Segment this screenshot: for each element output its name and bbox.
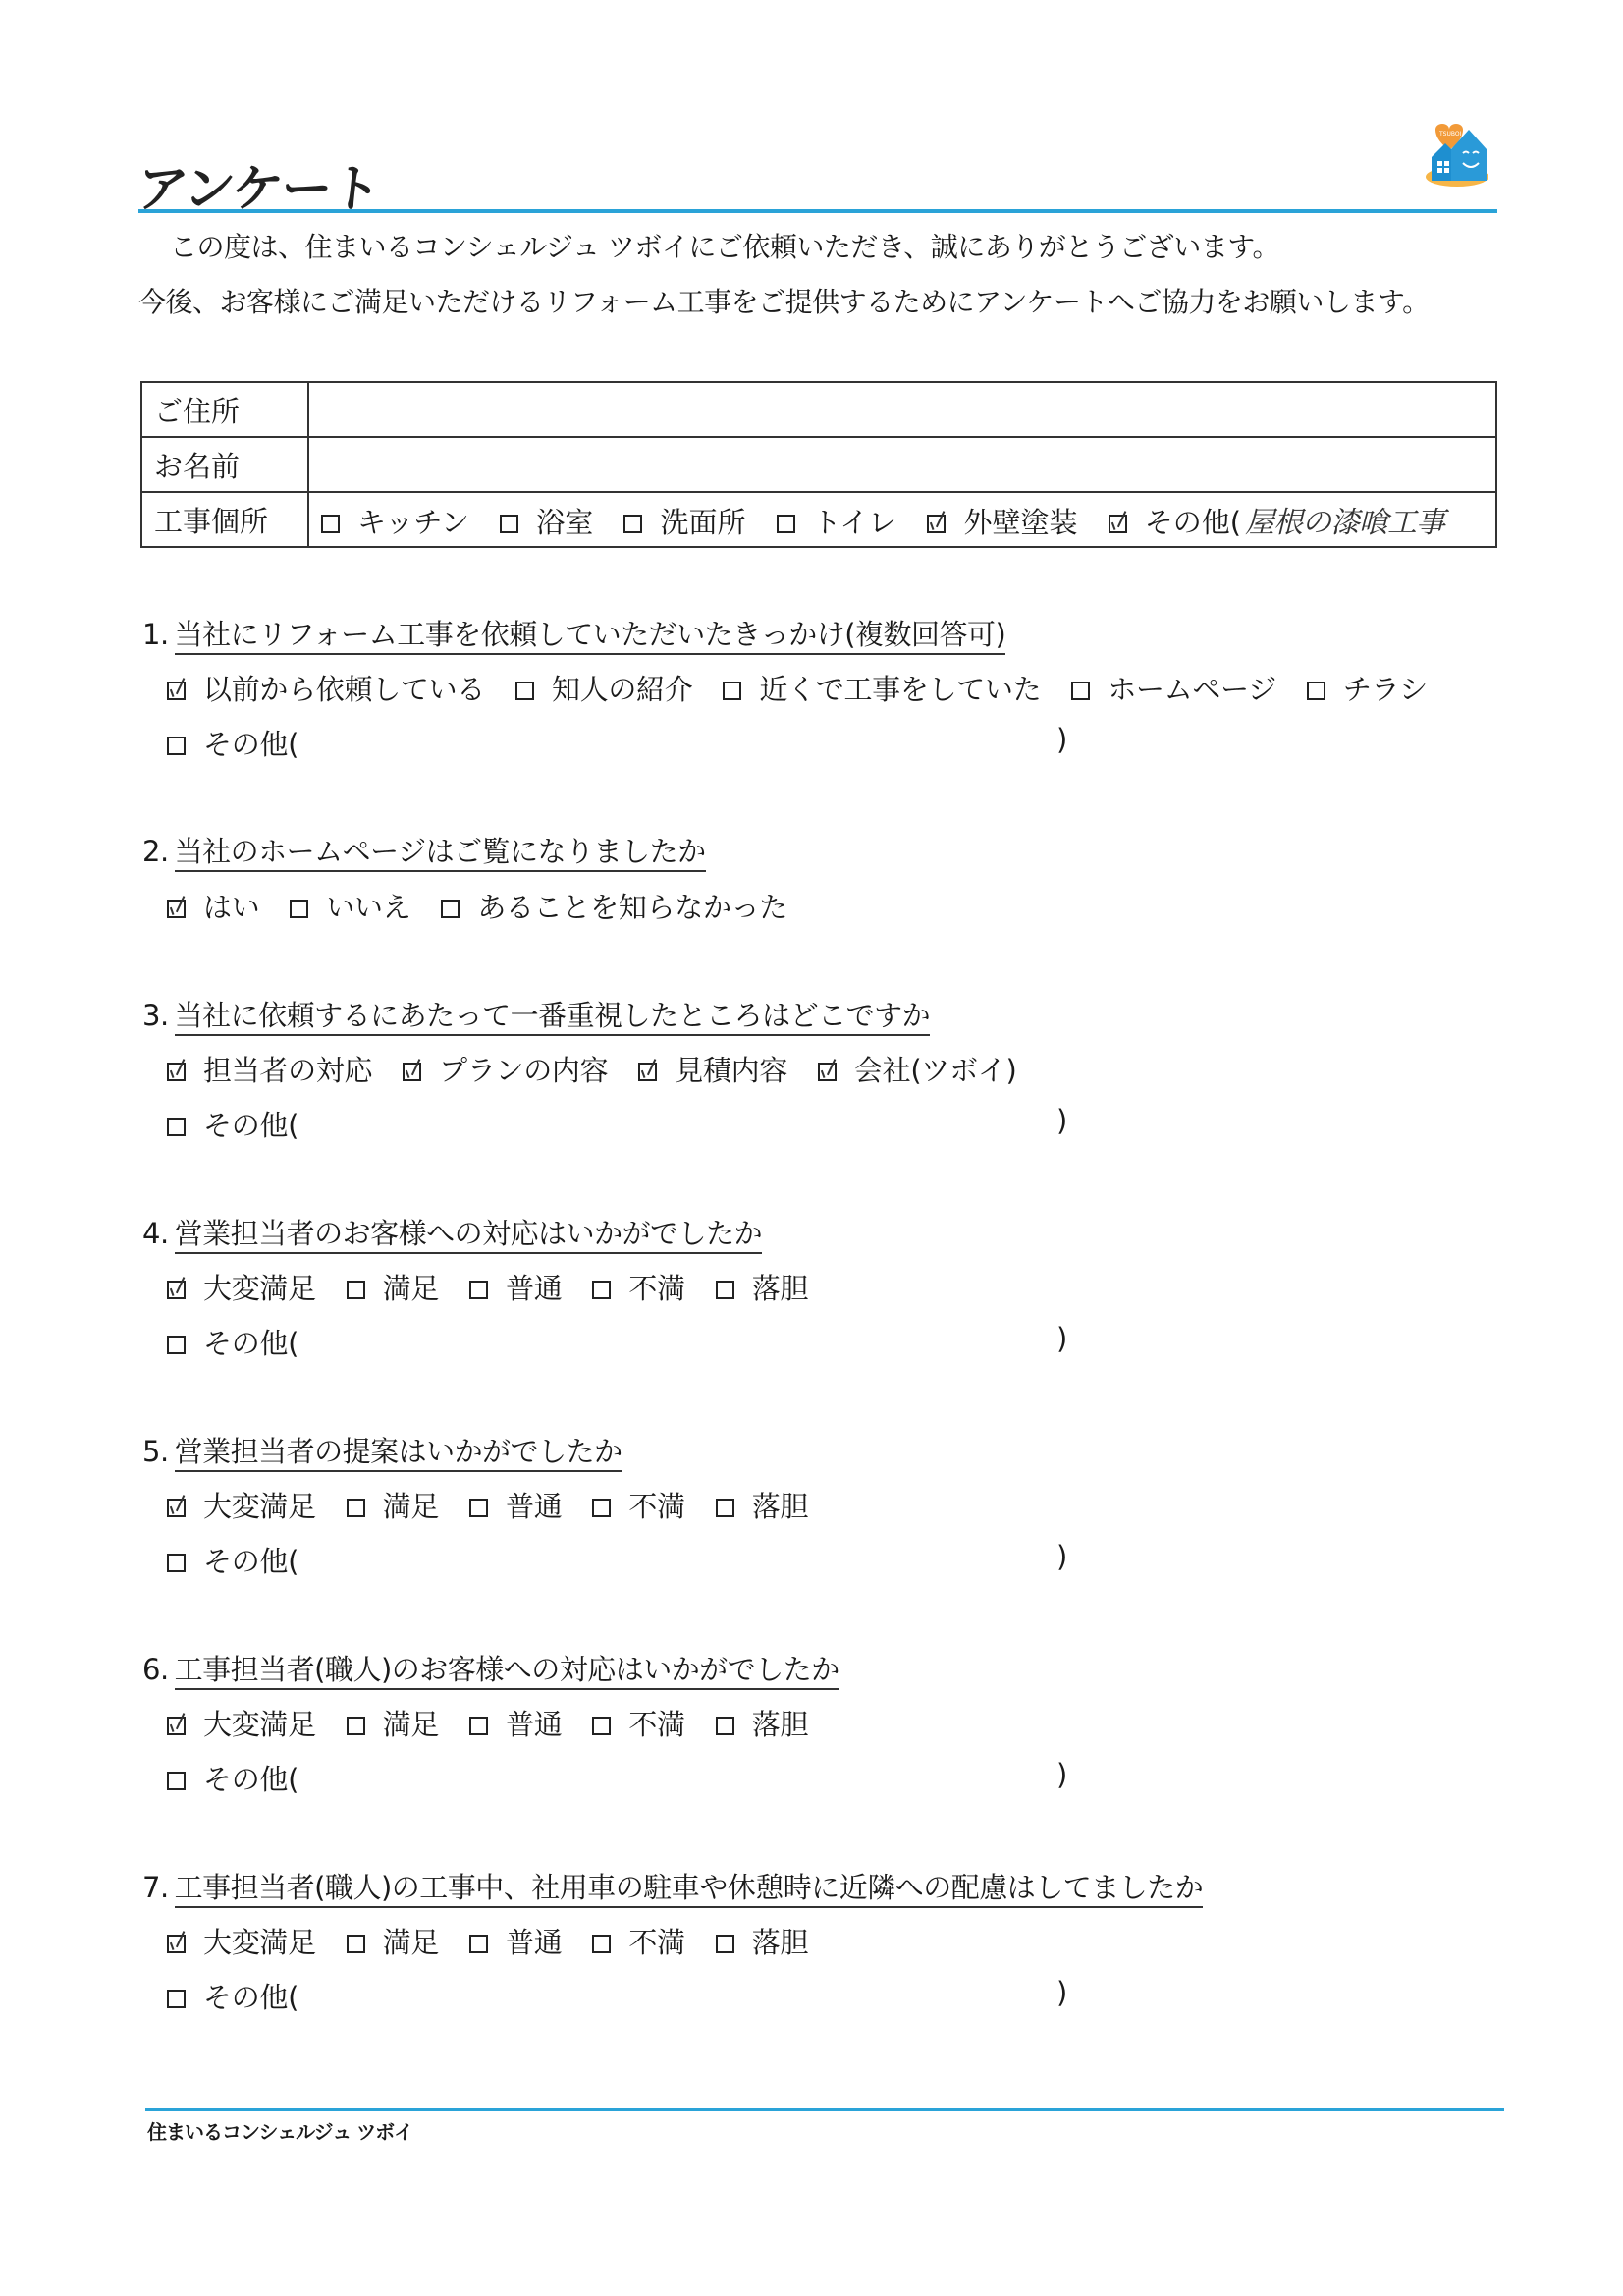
q6-other[interactable]: その他( (167, 1758, 298, 1798)
checkbox[interactable] (716, 1281, 734, 1299)
checkbox[interactable] (469, 1935, 488, 1953)
location-label: 工事個所 (141, 492, 308, 547)
option[interactable]: 以前から依頼している (167, 673, 485, 706)
option[interactable]: 不満 (592, 1708, 684, 1741)
question-7: 7.工事担当者(職人)の工事中、社用車の駐車や休憩時に近隣への配慮はしてましたか (142, 1866, 1203, 1906)
q6-other-close: ) (1056, 1758, 1067, 1791)
q6-options: 大変満足 満足 普通 不満 落胆 (167, 1703, 830, 1743)
checkbox[interactable] (321, 515, 340, 533)
option[interactable]: 満足 (347, 1272, 439, 1305)
checkbox[interactable] (347, 1281, 365, 1299)
option[interactable]: 満足 (347, 1490, 439, 1523)
checkbox[interactable] (167, 737, 186, 755)
checkbox-checked[interactable] (167, 682, 186, 700)
question-5: 5.営業担当者の提案はいかがでしたか (142, 1430, 622, 1470)
question-text: 工事担当者(職人)のお客様への対応はいかがでしたか (175, 1653, 839, 1690)
option[interactable]: 普通 (469, 1490, 562, 1523)
q4-other-close: ) (1056, 1322, 1067, 1355)
option[interactable]: 落胆 (716, 1490, 808, 1523)
option[interactable]: チラシ (1307, 673, 1428, 706)
name-label: お名前 (141, 437, 308, 492)
q3-options: 担当者の対応 プランの内容 見積内容 会社(ツボイ) (167, 1049, 1039, 1089)
question-text: 営業担当者の提案はいかがでしたか (175, 1435, 622, 1472)
checkbox[interactable] (167, 1336, 186, 1354)
checkbox-checked[interactable] (167, 1063, 186, 1081)
question-4: 4.営業担当者のお客様への対応はいかがでしたか (142, 1212, 762, 1252)
intro-line-2: 今後、お客様にご満足いただけるリフォーム工事をご提供するためにアンケートへご協力… (138, 281, 1430, 320)
checkbox[interactable] (290, 900, 308, 918)
option[interactable]: 満足 (347, 1926, 439, 1959)
checkbox[interactable] (167, 1554, 186, 1572)
q3-other-close: ) (1056, 1104, 1067, 1137)
question-3: 3.当社に依頼するにあたって一番重視したところはどこですか (142, 994, 930, 1034)
footer-rule (145, 2108, 1504, 2111)
option[interactable]: プランの内容 (403, 1054, 608, 1087)
checkbox-checked[interactable] (167, 900, 186, 918)
q2-options: はい いいえ あることを知らなかった (167, 886, 809, 926)
q7-other[interactable]: その他( (167, 1976, 298, 2016)
footer-company: 住まいるコンシェルジュ ツボイ (147, 2116, 412, 2145)
checkbox-checked[interactable] (167, 1281, 186, 1299)
option[interactable]: 大変満足 (167, 1708, 316, 1741)
question-text: 当社のホームページはご覧になりましたか (175, 835, 706, 872)
option[interactable]: 満足 (347, 1708, 439, 1741)
checkbox[interactable] (167, 1772, 186, 1790)
checkbox[interactable] (441, 900, 460, 918)
question-6: 6.工事担当者(職人)のお客様への対応はいかがでしたか (142, 1648, 839, 1688)
q7-options: 大変満足 満足 普通 不満 落胆 (167, 1921, 830, 1961)
checkbox-checked[interactable] (1109, 515, 1127, 533)
location-option[interactable]: トイレ (777, 506, 897, 539)
address-label: ご住所 (141, 382, 308, 437)
svg-text:TSUBOI: TSUBOI (1438, 131, 1462, 137)
location-option[interactable]: 外壁塗装 (927, 506, 1077, 539)
checkbox[interactable] (716, 1717, 734, 1735)
checkbox[interactable] (347, 1717, 365, 1735)
q7-other-close: ) (1056, 1976, 1067, 2009)
option[interactable]: 普通 (469, 1708, 562, 1741)
checkbox[interactable] (592, 1499, 611, 1517)
checkbox-checked[interactable] (818, 1063, 837, 1081)
q1-options: 以前から依頼している 知人の紹介 近くで工事をしていた ホームページ チラシ (167, 668, 1449, 708)
question-text: 当社にリフォーム工事を依頼していただいたきっかけ(複数回答可) (175, 618, 1006, 655)
checkbox[interactable] (623, 515, 642, 533)
option[interactable]: 不満 (592, 1272, 684, 1305)
checkbox[interactable] (592, 1935, 611, 1953)
option[interactable]: 知人の紹介 (515, 673, 693, 706)
checkbox[interactable] (347, 1935, 365, 1953)
option[interactable]: 担当者の対応 (167, 1054, 372, 1087)
option[interactable]: 大変満足 (167, 1490, 316, 1523)
tsuboi-logo-icon: TSUBOI (1422, 120, 1492, 191)
checkbox[interactable] (500, 515, 518, 533)
header-rule (138, 209, 1497, 213)
option[interactable]: はい (167, 891, 259, 924)
checkbox[interactable] (716, 1935, 734, 1953)
checkbox-checked[interactable] (167, 1935, 186, 1953)
checkbox[interactable] (469, 1717, 488, 1735)
checkbox[interactable] (716, 1499, 734, 1517)
location-options: キッチン 浴室 洗面所 トイレ 外壁塗装 その他(屋根の漆喰工事 (308, 492, 1496, 547)
customer-info-table: ご住所 お名前 工事個所 キッチン 浴室 洗面所 トイレ 外壁塗装 その他(屋根… (140, 381, 1497, 548)
checkbox-checked[interactable] (638, 1063, 657, 1081)
option[interactable]: いいえ (290, 891, 410, 924)
option[interactable]: 落胆 (716, 1926, 808, 1959)
checkbox[interactable] (167, 1118, 186, 1136)
checkbox-checked[interactable] (167, 1717, 186, 1735)
intro-line-1: この度は、住まいるコンシェルジュ ツボイにご依頼いただき、誠にありがとうございま… (170, 226, 1279, 265)
checkbox[interactable] (469, 1281, 488, 1299)
question-text: 営業担当者のお客様への対応はいかがでしたか (175, 1217, 763, 1254)
checkbox[interactable] (1307, 682, 1325, 700)
option[interactable]: 普通 (469, 1272, 562, 1305)
q5-other[interactable]: その他( (167, 1540, 298, 1580)
option[interactable]: 大変満足 (167, 1926, 316, 1959)
option[interactable]: 不満 (592, 1926, 684, 1959)
option[interactable]: ホームページ (1071, 673, 1276, 706)
checkbox[interactable] (347, 1499, 365, 1517)
checkbox[interactable] (167, 1990, 186, 2008)
checkbox-checked[interactable] (403, 1063, 421, 1081)
question-2: 2.当社のホームページはご覧になりましたか (142, 830, 706, 870)
name-field[interactable] (308, 437, 1496, 492)
q5-options: 大変満足 満足 普通 不満 落胆 (167, 1485, 830, 1525)
question-text: 工事担当者(職人)の工事中、社用車の駐車や休憩時に近隣への配慮はしてましたか (175, 1871, 1204, 1908)
option[interactable]: 不満 (592, 1490, 684, 1523)
option[interactable]: 会社(ツボイ) (818, 1054, 1017, 1087)
q3-other[interactable]: その他( (167, 1104, 298, 1144)
q1-other[interactable]: その他( (167, 723, 298, 763)
option[interactable]: あることを知らなかった (441, 891, 787, 924)
checkbox[interactable] (777, 515, 795, 533)
checkbox[interactable] (723, 682, 741, 700)
question-text: 当社に依頼するにあたって一番重視したところはどこですか (175, 999, 931, 1036)
q1-other-close: ) (1056, 723, 1067, 756)
checkbox-checked[interactable] (927, 515, 946, 533)
checkbox[interactable] (592, 1281, 611, 1299)
q5-other-close: ) (1056, 1540, 1067, 1573)
checkbox[interactable] (515, 682, 534, 700)
location-option[interactable]: キッチン (321, 506, 469, 539)
q4-options: 大変満足 満足 普通 不満 落胆 (167, 1267, 830, 1307)
checkbox[interactable] (592, 1717, 611, 1735)
location-option[interactable]: 洗面所 (623, 506, 745, 539)
checkbox-checked[interactable] (167, 1499, 186, 1517)
address-field[interactable] (308, 382, 1496, 437)
question-1: 1.当社にリフォーム工事を依頼していただいたきっかけ(複数回答可) (142, 613, 1005, 653)
location-option-other[interactable]: その他( (1109, 506, 1241, 539)
location-option[interactable]: 浴室 (500, 506, 593, 539)
q4-other[interactable]: その他( (167, 1322, 298, 1362)
option[interactable]: 普通 (469, 1926, 562, 1959)
checkbox[interactable] (1071, 682, 1090, 700)
checkbox[interactable] (469, 1499, 488, 1517)
option[interactable]: 近くで工事をしていた (723, 673, 1041, 706)
other-handwritten-input[interactable]: 屋根の漆喰工事 (1245, 506, 1444, 540)
option[interactable]: 見積内容 (638, 1054, 787, 1087)
option[interactable]: 落胆 (716, 1272, 808, 1305)
option[interactable]: 大変満足 (167, 1272, 316, 1305)
option[interactable]: 落胆 (716, 1708, 808, 1741)
